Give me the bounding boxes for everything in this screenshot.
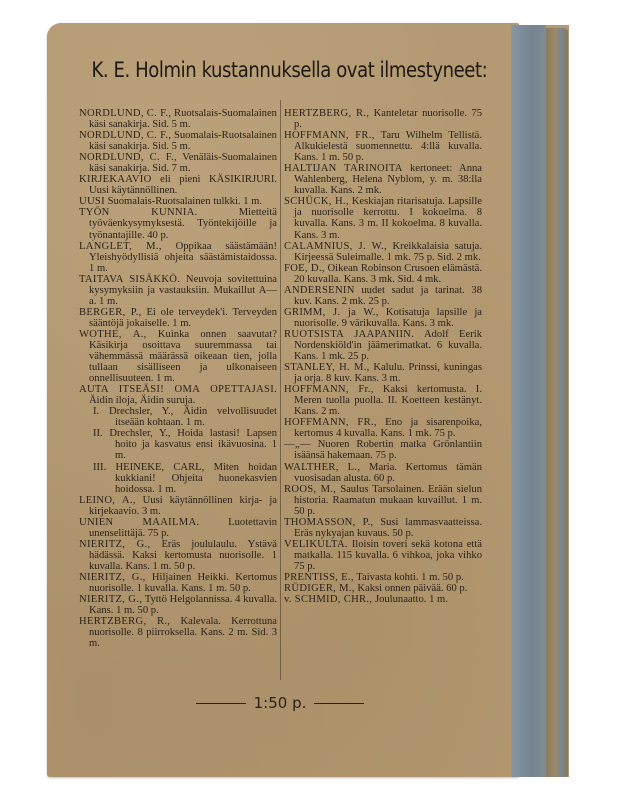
list-item: HOFFMANN, FR., Taru Wilhelm Tellistä. Al…: [284, 130, 482, 163]
list-item: VELIKULTA. Iloisin toveri sekä kotona et…: [284, 539, 482, 572]
sub-list-item: I. Drechsler, Y., Äidin velvollisuudet i…: [79, 406, 277, 428]
entry-author: WALTHER, L.,: [284, 462, 360, 473]
entry-author: LEINO, A.,: [79, 495, 136, 506]
list-item: TAITAVA SISÄKKÖ. Neuvoja sovitettuina ky…: [79, 274, 277, 307]
entry-author: Drechsler, Y.,: [109, 428, 170, 439]
entry-author: HOFFMANN, FR.,: [284, 130, 375, 141]
list-item: HALTIJAN TARINOITA kertoneet: Anna Wahle…: [284, 163, 482, 196]
entry-author: HEINEKE, CARL,: [116, 462, 205, 473]
entry-author: UUSI: [79, 196, 105, 207]
list-item: UUSI Suomalais-Ruotsalainen tulkki. 1 m.: [79, 196, 277, 207]
rule-left: [196, 703, 246, 704]
sub-list-item: II. Drechsler, Y., Hoida lastasi! Lapsen…: [79, 428, 277, 461]
list-item: —„— Nuoren Robertin matka Grönlantiin is…: [284, 439, 482, 461]
right-column: HERTZBERG, R., Kanteletar nuorisolle. 75…: [284, 108, 482, 605]
list-item: v. SCHMID, CHR., Joulunaatto. 1 m.: [284, 594, 482, 605]
entry-author: NORDLUND, C. F.,: [79, 108, 171, 119]
list-item: STANLEY, H. M., Kalulu. Prinssi, kuninga…: [284, 362, 482, 384]
list-item: NIERITZ, G., Eräs joululaulu. Ystävä häd…: [79, 539, 277, 572]
list-item: WALTHER, L., Maria. Kertomus tämän vuosi…: [284, 462, 482, 484]
entry-author: WOTHE, A.,: [79, 329, 147, 340]
entry-author: Drechsler, Y.,: [109, 406, 173, 417]
entry-author: VELIKULTA.: [284, 539, 348, 550]
entry-author: HOFFMANN, Fr.,: [284, 384, 374, 395]
entry-text: Taivasta kohti. 1 m. 50 p.: [354, 572, 464, 583]
rule-right: [314, 703, 364, 704]
sub-list-item: III. HEINEKE, CARL, Miten hoidan kukkian…: [79, 462, 277, 495]
list-item: HOFFMANN, FR., Eno ja sisarenpoika, kert…: [284, 417, 482, 439]
list-item: KIRJEKAAVIO eli pieni KÄSIKIRJURI. Uusi …: [79, 174, 277, 196]
roman-numeral: II.: [93, 428, 103, 439]
entry-author: RUOTSISTA JAAPANIIN.: [284, 329, 414, 340]
entry-author: FOE, D.,: [284, 263, 325, 274]
list-item: NORDLUND, C. F., Venäläis-Suomalainen kä…: [79, 152, 277, 174]
list-item: LANGLET, M., Oppikaa säästämään! Yleishy…: [79, 241, 277, 274]
entry-text: Suomalais-Ruotsalainen tulkki. 1 m.: [105, 196, 262, 207]
entry-author: BERGER, P.,: [79, 307, 142, 318]
list-item: AUTA ITSEÄSI! OMA OPETTAJASI. Äidin iloj…: [79, 384, 277, 406]
list-item: RUOTSISTA JAAPANIIN. Adolf Eerik Nordens…: [284, 329, 482, 362]
entry-author: NORDLUND, C. F.,: [79, 152, 177, 163]
price-footer: 1:50 p.: [180, 693, 380, 713]
list-item: BERGER, P., Ei ole terveydek'i. Terveyde…: [79, 307, 277, 329]
entry-text: Äidin iloja, Äidin suruja.: [89, 395, 195, 406]
entry-author: ROOS, M.,: [284, 484, 336, 495]
entry-author: STANLEY, H. M.,: [284, 362, 370, 373]
list-item: NIERITZ, G., Hiljainen Heikki. Kertomus …: [79, 572, 277, 594]
entry-text: Joulunaatto. 1 m.: [372, 594, 448, 605]
entry-author: HERTZBERG, R.,: [79, 616, 170, 627]
price-label: 1:50 p.: [254, 694, 307, 712]
entry-author: NIERITZ, G.,: [79, 539, 150, 550]
entry-author: HERTZBERG, R.,: [284, 108, 369, 119]
entry-author: NIERITZ, G.,: [79, 572, 146, 583]
list-item: PRENTISS, E., Taivasta kohti. 1 m. 50 p.: [284, 572, 482, 583]
entry-text: Nuoren Robertin matka Grönlantiin isääns…: [294, 439, 482, 461]
column-divider: [280, 100, 281, 680]
list-item: WOTHE, A., Kuinka onnen saavutat? Käsiki…: [79, 329, 277, 384]
roman-numeral: I.: [93, 406, 99, 417]
spine-cloth-binding: [511, 25, 546, 777]
entry-author: —„—: [284, 439, 311, 450]
entry-author: GRIMM, J. ja W.,: [284, 307, 379, 318]
roman-numeral: III.: [93, 462, 106, 473]
list-item: HERTZBERG, R., Kalevala. Kerrottuna nuor…: [79, 616, 277, 649]
entry-author: RÜDIGER, M.,: [284, 583, 355, 594]
entry-author: HALTIJAN TARINOITA: [284, 163, 403, 174]
entry-author: ANDERSENIN: [284, 285, 355, 296]
list-item: CALAMNIUS, J. W., Kreikkalaisia satuja. …: [284, 241, 482, 263]
entry-author: KIRJEKAAVIO: [79, 174, 152, 185]
list-item: GRIMM, J. ja W., Kotisatuja lapsille ja …: [284, 307, 482, 329]
list-item: FOE, D., Oikean Robinson Crusoen elämäst…: [284, 263, 482, 285]
entry-author: LANGLET, M.,: [79, 241, 162, 252]
entry-author: NIERITZ, G.,: [79, 594, 142, 605]
entry-author: HOFFMANN, FR.,: [284, 417, 377, 428]
entry-author: AUTA ITSEÄSI! OMA OPETTAJASI.: [79, 384, 277, 395]
entry-author: TYÖN KUNNIA.: [79, 207, 198, 218]
list-item: TYÖN KUNNIA. Mietteitä työväenkysymykses…: [79, 207, 277, 240]
list-item: HOFFMANN, Fr., Kaksi kertomusta. I. Mere…: [284, 384, 482, 417]
list-item: SCHÜCK, H., Keskiajan ritarisatuja. Laps…: [284, 196, 482, 240]
list-item: NORDLUND, C. F., Ruotsalais-Suomalainen …: [79, 108, 277, 130]
list-item: LEINO, A., Uusi käytännöllinen kirja- ja…: [79, 495, 277, 517]
list-item: ANDERSENIN uudet sadut ja tarinat. 38 ku…: [284, 285, 482, 307]
entry-author: CALAMNIUS, J. W.,: [284, 241, 387, 252]
list-item: NIERITZ, G., Tyttö Helgolannissa. 4 kuva…: [79, 594, 277, 616]
list-item: HERTZBERG, R., Kanteletar nuorisolle. 75…: [284, 108, 482, 130]
left-column: NORDLUND, C. F., Ruotsalais-Suomalainen …: [79, 108, 277, 649]
entry-author: v. SCHMID, CHR.,: [284, 594, 372, 605]
list-item: ROOS, M., Saulus Tarsolainen. Erään siel…: [284, 484, 482, 517]
list-item: RÜDIGER, M., Kaksi onnen päivää. 60 p.: [284, 583, 482, 594]
entry-author: NORDLUND, C. F.,: [79, 130, 171, 141]
list-item: NORDLUND, C. F., Suomalais-Ruotsalainen …: [79, 130, 277, 152]
list-item: THOMASSON, P., Susi lammasvaatteissa. Er…: [284, 517, 482, 539]
entry-author: PRENTISS, E.,: [284, 572, 354, 583]
entry-text: Kaksi onnen päivää. 60 p.: [355, 583, 468, 594]
entry-author: THOMASSON, P.,: [284, 517, 374, 528]
publisher-heading: K. E. Holmin kustannuksella ovat ilmesty…: [92, 58, 479, 82]
list-item: UNIEN MAAILMA. Luotettavin unenselittäjä…: [79, 517, 277, 539]
entry-author: UNIEN MAAILMA.: [79, 517, 199, 528]
entry-author: SCHÜCK, H.,: [284, 196, 349, 207]
entry-author: TAITAVA SISÄKKÖ.: [79, 274, 180, 285]
spine-edge: [546, 28, 568, 777]
